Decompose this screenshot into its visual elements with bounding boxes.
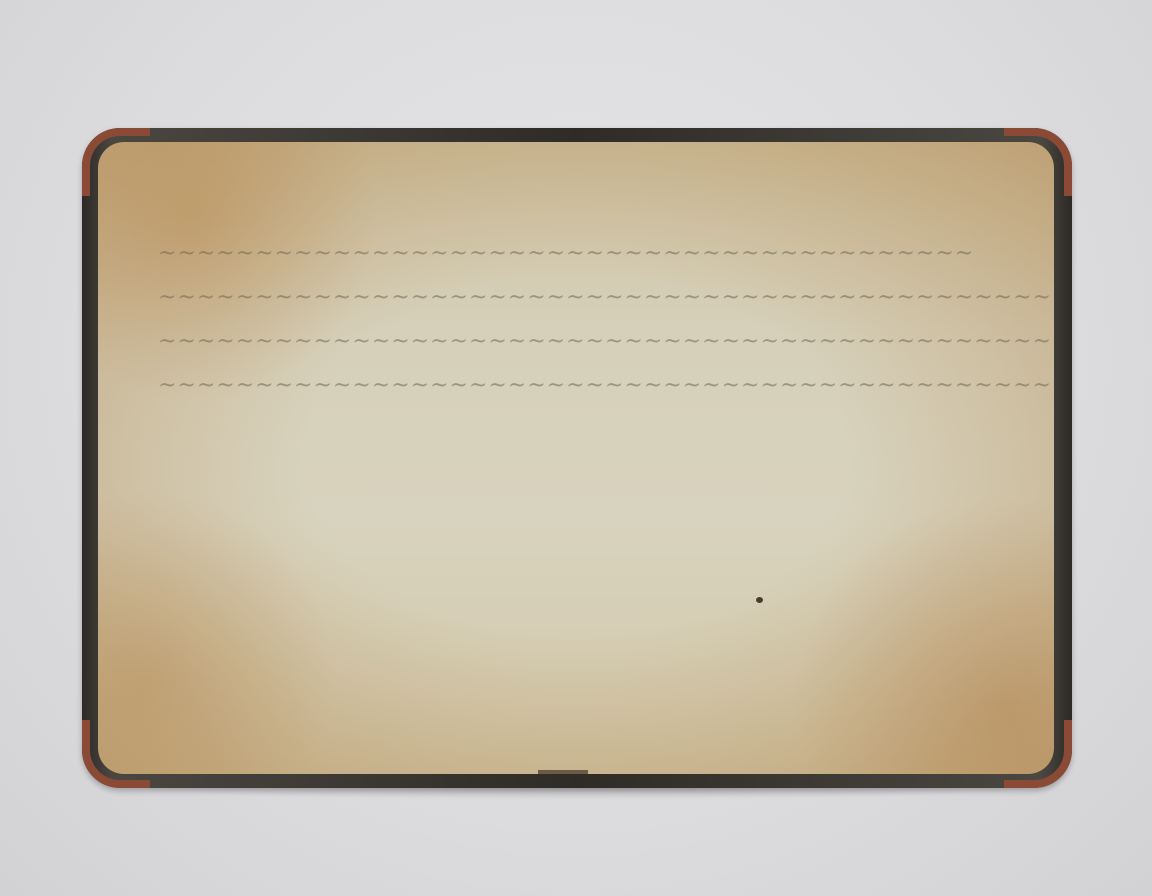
aged-paper-surface: ~~~~~~~~~~~~~~~~~~~~~~~~~~~~~~~~~~~~~~~~… [98,142,1054,774]
frame-seam [538,770,588,774]
handwriting-line: ~~~~~~~~~~~~~~~~~~~~~~~~~~~~~~~~~~~~~~~~… [158,232,798,276]
dark-spot [756,597,763,603]
handwriting-line: ~~~~~~~~~~~~~~~~~~~~~~~~~~~~~~~~~~~~~~~~… [158,320,798,364]
antique-tray: ~~~~~~~~~~~~~~~~~~~~~~~~~~~~~~~~~~~~~~~~… [82,128,1072,788]
handwriting-line: ~~~~~~~~~~~~~~~~~~~~~~~~~~~~~~~~~~~~~~~~… [158,364,798,408]
handwriting-line: ~~~~~~~~~~~~~~~~~~~~~~~~~~~~~~~~~~~~~~~~… [158,276,798,320]
faded-handwriting: ~~~~~~~~~~~~~~~~~~~~~~~~~~~~~~~~~~~~~~~~… [158,232,798,408]
